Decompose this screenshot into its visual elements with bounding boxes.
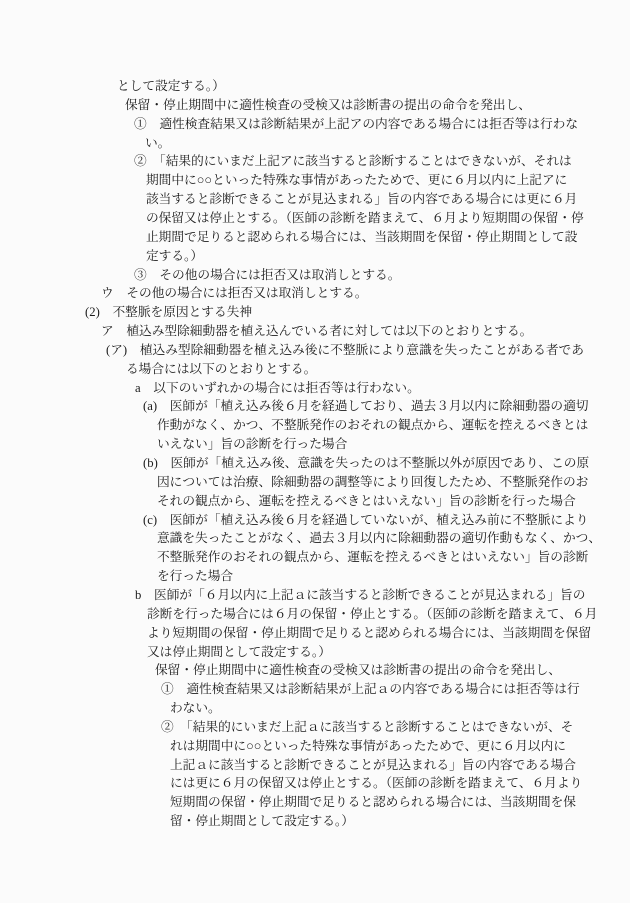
document-line: ア 植込み型除細動器を植え込んでいる者に対しては以下のとおりとする。 xyxy=(101,324,532,339)
document-line: を行った場合 xyxy=(157,569,233,584)
document-line: (2) 不整脈を原因とする失神 xyxy=(85,305,252,320)
document-line: 又は停止期間として設定する。） xyxy=(147,645,331,660)
document-line: ウ その他の場合には拒否又は取消しとする。 xyxy=(101,286,367,301)
document-line: (b) 医師が「植え込み後、意識を失ったのは不整脈以外が原因であり、この原 xyxy=(143,456,589,471)
document-line: ① 適性検査結果又は診断結果が上記ａの内容である場合には拒否等は行 xyxy=(161,682,580,697)
document-line: 作動がなく、かつ、不整脈発作のおそれの観点から、運転を控えるべきとは xyxy=(157,418,588,433)
document-line: 因については治療、除細動器の調整等により回復したため、不整脈発作のお xyxy=(157,475,588,490)
document-line: ② 「結果的にいまだ上記アに該当すると診断することはできないが、それは xyxy=(134,154,572,169)
document-page: として設定する。）保留・停止期間中に適性検査の受検又は診断書の提出の命令を発出し… xyxy=(0,0,630,903)
document-line: a 以下のいずれかの場合には拒否等は行わない。 xyxy=(135,381,420,396)
document-line: 期間中に○○といった特殊な事情があったためで、更に６月以内に上記アに xyxy=(146,173,567,188)
document-line: より短期間の保留・停止期間で足りると認められる場合には、当該期間を保留 xyxy=(147,626,591,641)
document-line: 保留・停止期間中に適性検査の受検又は診断書の提出の命令を発出し、 xyxy=(125,98,531,113)
document-line: ② 「結果的にいまだ上記ａに該当すると診断することはできないが、そ xyxy=(161,720,573,735)
document-line: る場合には以下のとおりとする。 xyxy=(126,362,316,377)
document-line: 意識を失ったことがなく、過去３月以内に除細動器の適切作動もなく、かつ、 xyxy=(157,531,601,546)
document-line: (ア) 植込み型除細動器を植え込み後に不整脈により意識を失ったことがある者であ xyxy=(106,343,584,358)
document-line: 上記ａに該当すると診断できることが見込まれる」旨の内容である場合 xyxy=(170,758,576,773)
document-line: 診断を行った場合には６月の保留・停止とする。（医師の診断を踏まえて、６月 xyxy=(147,607,597,622)
document-line: 短期間の保留・停止期間で足りると認められる場合には、当該期間を保 xyxy=(170,795,576,810)
document-line: 該当すると診断できることが見込まれる」旨の内容である場合には更に６月 xyxy=(146,192,577,207)
document-line: ③ その他の場合には拒否又は取消しとする。 xyxy=(134,268,400,283)
document-line: 留・停止期間として設定する。） xyxy=(170,814,354,829)
document-line: 保留・停止期間中に適性検査の受検又は診断書の提出の命令を発出し、 xyxy=(155,663,561,678)
document-line: として設定する。） xyxy=(117,79,225,94)
document-line: 定する。） xyxy=(146,249,203,264)
document-line: それの観点から、運転を控えるべきとはいえない」旨の診断を行った場合 xyxy=(157,494,576,509)
document-line: には更に６月の保留又は停止とする。（医師の診断を踏まえて、６月より xyxy=(170,776,582,791)
document-line: れは期間中に○○といった特殊な事情があったためで、更に６月以内に xyxy=(170,739,566,754)
document-line: い。 xyxy=(145,136,170,151)
document-line: の保留又は停止とする。（医師の診断を踏まえて、６月より短期間の保留・停 xyxy=(146,211,584,226)
document-line: b 医師が「６月以内に上記ａに該当すると診断できることが見込まれる」旨の xyxy=(135,588,585,603)
document-line: (a) 医師が「植え込み後６月を経過しており、過去３月以内に除細動器の適切 xyxy=(143,399,588,414)
document-line: わない。 xyxy=(170,701,221,716)
document-line: 止期間で足りると認められる場合には、当該期間を保留・停止期間として設 xyxy=(146,230,577,245)
document-line: いえない」旨の診断を行った場合 xyxy=(157,437,347,452)
document-line: ① 適性検査結果又は診断結果が上記アの内容である場合には拒否等は行わな xyxy=(134,117,578,132)
document-line: 不整脈発作のおそれの観点から、運転を控えるべきとはいえない」旨の診断 xyxy=(157,550,588,565)
document-line: (c) 医師が「植え込み後６月を経過していないが、植え込み前に不整脈により xyxy=(143,513,588,528)
